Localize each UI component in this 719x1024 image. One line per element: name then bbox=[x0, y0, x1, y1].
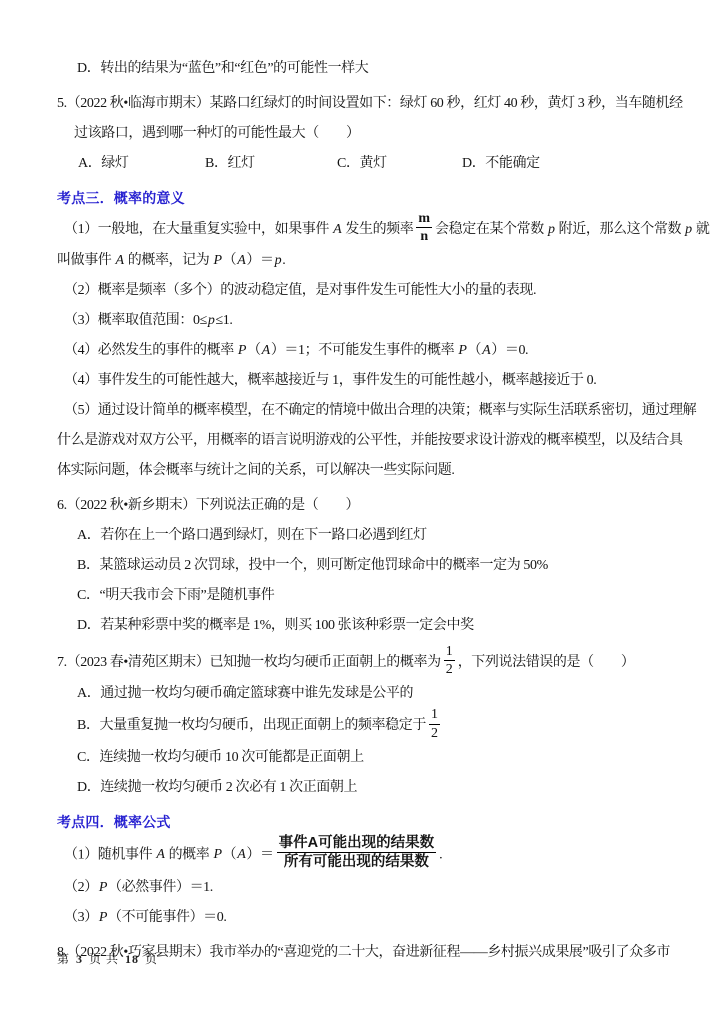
text-segment: D．转出的结果为“蓝色”和“红色”的可能性一样大 bbox=[77, 61, 368, 76]
math-variable: A bbox=[236, 253, 246, 268]
topic3-note4: （4）必然发生的事件的概率 P（A）＝1；不可能发生事件的概率 P（A）＝0. bbox=[57, 336, 667, 366]
q7-option-c: C．连续抛一枚均匀硬币 10 次可能都是正面朝上 bbox=[57, 743, 667, 773]
q6-option-c: C．“明天我市会下雨”是随机事件 bbox=[57, 581, 667, 611]
q6-option-b: B．某篮球运动员 2 次罚球，投中一个，则可断定他罚球命中的概率一定为 50% bbox=[57, 551, 667, 581]
math-variable: p bbox=[274, 253, 283, 268]
q6-option-d: D．若某种彩票中奖的概率是 1%，则买 100 张该种彩票一定会中奖 bbox=[57, 611, 667, 641]
topic4-formula3: （3）P（不可能事件）＝0. bbox=[57, 903, 667, 933]
q5-options-b: B．红灯 bbox=[205, 149, 255, 179]
fraction-one-half: 12 bbox=[429, 707, 440, 740]
fraction-denominator: 所有可能出现的结果数 bbox=[277, 853, 436, 871]
topic3-note5-line1: （5）通过设计简单的概率模型，在不确定的情境中做出合理的决策；概率与实际生活联系… bbox=[57, 396, 667, 426]
text-segment: （2）概率是频率（多个）的波动稳定值，是对事件发生可能性大小的量的表现. bbox=[64, 283, 536, 298]
q5-stem-line2: 过该路口，遇到哪一种灯的可能性最大（ ） bbox=[57, 119, 667, 149]
q5-options: A．绿灯B．红灯C．黄灯D．不能确定 bbox=[57, 149, 667, 179]
math-variable: A bbox=[261, 343, 271, 358]
text-segment: 6.（2022 秋•新乡期末）下列说法正确的是（ ） bbox=[57, 498, 359, 513]
math-variable: P bbox=[98, 880, 108, 895]
text-segment: D．若某种彩票中奖的概率是 1%，则买 100 张该种彩票一定会中奖 bbox=[77, 618, 474, 633]
text-segment: 什么是游戏对双方公平，用概率的语言说明游戏的公平性，并能按要求设计游戏的概率模型… bbox=[57, 433, 683, 448]
text-segment: ）＝0. bbox=[491, 343, 528, 358]
text-segment: 的概率，记为 bbox=[125, 253, 213, 268]
math-variable: A bbox=[332, 222, 342, 237]
text-segment: ≤1. bbox=[216, 313, 233, 328]
q7-option-a: A．通过抛一枚均匀硬币确定篮球赛中谁先发球是公平的 bbox=[57, 679, 667, 709]
math-variable: P bbox=[457, 343, 467, 358]
page-footer: 第 3 页 共 18 页 bbox=[57, 950, 158, 967]
fraction-numerator: 事件A可能出现的结果数 bbox=[277, 835, 436, 854]
text-segment: ）＝ bbox=[246, 847, 273, 862]
topic3-note5-line2: 什么是游戏对双方公平，用概率的语言说明游戏的公平性，并能按要求设计游戏的概率模型… bbox=[57, 426, 667, 456]
fraction-denominator: n bbox=[416, 228, 432, 244]
q6-stem: 6.（2022 秋•新乡期末）下列说法正确的是（ ） bbox=[57, 491, 667, 521]
text-segment: （1）随机事件 bbox=[64, 847, 155, 862]
topic3-note2: （2）概率是频率（多个）的波动稳定值，是对事件发生可能性大小的量的表现. bbox=[57, 276, 667, 306]
topic3-note1-line2: 叫做事件 A 的概率，记为 P（A）＝p. bbox=[57, 246, 667, 276]
q5-options-c: C．黄灯 bbox=[337, 149, 387, 179]
q5-stem-line1: 5.（2022 秋•临海市期末）某路口红绿灯的时间设置如下：绿灯 60 秒，红灯… bbox=[57, 89, 667, 119]
text-segment: （ bbox=[467, 343, 481, 358]
text-segment: （1）一般地，在大量重复实验中，如果事件 bbox=[64, 222, 332, 237]
fraction-numerator: m bbox=[416, 211, 432, 228]
fraction-numerator: 1 bbox=[444, 644, 455, 661]
text-segment: 考点三．概率的意义 bbox=[57, 190, 185, 206]
topic4-formula2: （2）P（必然事件）＝1. bbox=[57, 873, 667, 903]
math-variable: p bbox=[547, 222, 556, 237]
worksheet-page: D．转出的结果为“蓝色”和“红色”的可能性一样大5.（2022 秋•临海市期末）… bbox=[0, 0, 719, 1024]
text-segment: 就 bbox=[693, 222, 710, 237]
math-variable: p bbox=[684, 222, 693, 237]
text-segment: 会稳定在某个常数 bbox=[435, 222, 547, 237]
prev-question-option-d: D．转出的结果为“蓝色”和“红色”的可能性一样大 bbox=[57, 54, 667, 84]
text-segment: （3）概率取值范围：0≤ bbox=[64, 313, 207, 328]
q5-options-a: A．绿灯 bbox=[78, 149, 129, 179]
text-segment: （4）事件发生的可能性越大，概率越接近与 1，事件发生的可能性越小，概率越接近于… bbox=[64, 373, 596, 388]
text-segment: （必然事件）＝1. bbox=[108, 880, 213, 895]
text-segment: D．连续抛一枚均匀硬币 2 次必有 1 次正面朝上 bbox=[77, 780, 357, 795]
text-segment: （ bbox=[223, 253, 237, 268]
math-variable: A bbox=[236, 847, 246, 862]
math-variable: A bbox=[115, 253, 125, 268]
text-segment: （不可能事件）＝0. bbox=[108, 910, 227, 925]
probability-formula-fraction: 事件A可能出现的结果数所有可能出现的结果数 bbox=[277, 835, 436, 871]
text-segment: C．连续抛一枚均匀硬币 10 次可能都是正面朝上 bbox=[77, 750, 364, 765]
math-variable: A bbox=[155, 847, 165, 862]
text-segment: A．若你在上一个路口遇到绿灯，则在下一路口必遇到红灯 bbox=[77, 528, 427, 543]
text-segment: （ bbox=[223, 847, 237, 862]
text-segment: A．通过抛一枚均匀硬币确定篮球赛中谁先发球是公平的 bbox=[77, 686, 413, 701]
text-segment: B．大量重复抛一枚均匀硬币，出现正面朝上的频率稳定于 bbox=[77, 718, 426, 733]
text-segment: C．“明天我市会下雨”是随机事件 bbox=[77, 588, 274, 603]
math-variable: P bbox=[237, 343, 247, 358]
text-segment: （3） bbox=[64, 910, 98, 925]
text-segment: ）＝1；不可能发生事件的概率 bbox=[271, 343, 458, 358]
q5-options-d: D．不能确定 bbox=[462, 149, 540, 179]
text-segment: B．某篮球运动员 2 次罚球，投中一个，则可断定他罚球命中的概率一定为 50% bbox=[77, 558, 548, 573]
math-variable: P bbox=[98, 910, 108, 925]
text-segment: （ bbox=[247, 343, 261, 358]
text-segment: 体实际问题，体会概率与统计之间的关系，可以解决一些实际问题. bbox=[57, 463, 455, 478]
topic3-heading: 考点三．概率的意义 bbox=[57, 183, 667, 213]
q7-option-d: D．连续抛一枚均匀硬币 2 次必有 1 次正面朝上 bbox=[57, 773, 667, 803]
topic3-note4b: （4）事件发生的可能性越大，概率越接近与 1，事件发生的可能性越小，概率越接近于… bbox=[57, 366, 667, 396]
topic4-heading: 考点四．概率公式 bbox=[57, 807, 667, 837]
topic3-note1-line1: （1）一般地，在大量重复实验中，如果事件 A 发生的频率mn会稳定在某个常数 p… bbox=[57, 213, 667, 246]
document-body: D．转出的结果为“蓝色”和“红色”的可能性一样大5.（2022 秋•临海市期末）… bbox=[57, 54, 667, 968]
footer-label-pre: 第 bbox=[57, 952, 74, 966]
math-variable: P bbox=[212, 847, 222, 862]
fraction-denominator: 2 bbox=[444, 661, 455, 677]
text-segment: （4）必然发生的事件的概率 bbox=[64, 343, 237, 358]
q7-option-b: B．大量重复抛一枚均匀硬币，出现正面朝上的频率稳定于12 bbox=[57, 709, 667, 742]
fraction-one-half: 12 bbox=[444, 644, 455, 677]
fraction-numerator: 1 bbox=[429, 707, 440, 724]
text-segment: ）＝ bbox=[246, 253, 273, 268]
topic3-note3: （3）概率取值范围：0≤p≤1. bbox=[57, 306, 667, 336]
text-segment: （5）通过设计简单的概率模型，在不确定的情境中做出合理的决策；概率与实际生活联系… bbox=[64, 403, 696, 418]
footer-label-mid: 页 共 bbox=[85, 952, 123, 966]
text-segment: 的概率 bbox=[165, 847, 212, 862]
math-variable: P bbox=[212, 253, 222, 268]
topic3-note5-line3: 体实际问题，体会概率与统计之间的关系，可以解决一些实际问题. bbox=[57, 456, 667, 486]
topic4-formula1: （1）随机事件 A 的概率 P（A）＝事件A可能出现的结果数所有可能出现的结果数… bbox=[57, 837, 667, 873]
text-segment: 5.（2022 秋•临海市期末）某路口红绿灯的时间设置如下：绿灯 60 秒，红灯… bbox=[57, 96, 683, 111]
math-variable: A bbox=[481, 343, 491, 358]
text-segment: （2） bbox=[64, 880, 98, 895]
footer-page-number: 3 bbox=[74, 952, 85, 966]
footer-label-post: 页 bbox=[141, 952, 158, 966]
text-segment: 7.（2023 春•清苑区期末）已知抛一枚均匀硬币正面朝上的概率为 bbox=[57, 655, 441, 670]
text-segment: 考点四．概率公式 bbox=[57, 814, 171, 830]
footer-total-pages: 18 bbox=[123, 952, 141, 966]
text-segment: 附近，那么这个常数 bbox=[556, 222, 685, 237]
q6-option-a: A．若你在上一个路口遇到绿灯，则在下一路口必遇到红灯 bbox=[57, 521, 667, 551]
text-segment: 发生的频率 bbox=[342, 222, 413, 237]
fraction-denominator: 2 bbox=[429, 725, 440, 741]
text-segment: . bbox=[282, 253, 285, 268]
text-segment: . bbox=[439, 847, 442, 862]
math-variable: p bbox=[207, 313, 216, 328]
q7-stem: 7.（2023 春•清苑区期末）已知抛一枚均匀硬币正面朝上的概率为12，下列说法… bbox=[57, 646, 667, 679]
fraction-m-over-n: mn bbox=[416, 211, 432, 244]
text-segment: 过该路口，遇到哪一种灯的可能性最大（ ） bbox=[74, 126, 360, 141]
text-segment: 叫做事件 bbox=[57, 253, 115, 268]
text-segment: ，下列说法错误的是（ ） bbox=[458, 655, 635, 670]
